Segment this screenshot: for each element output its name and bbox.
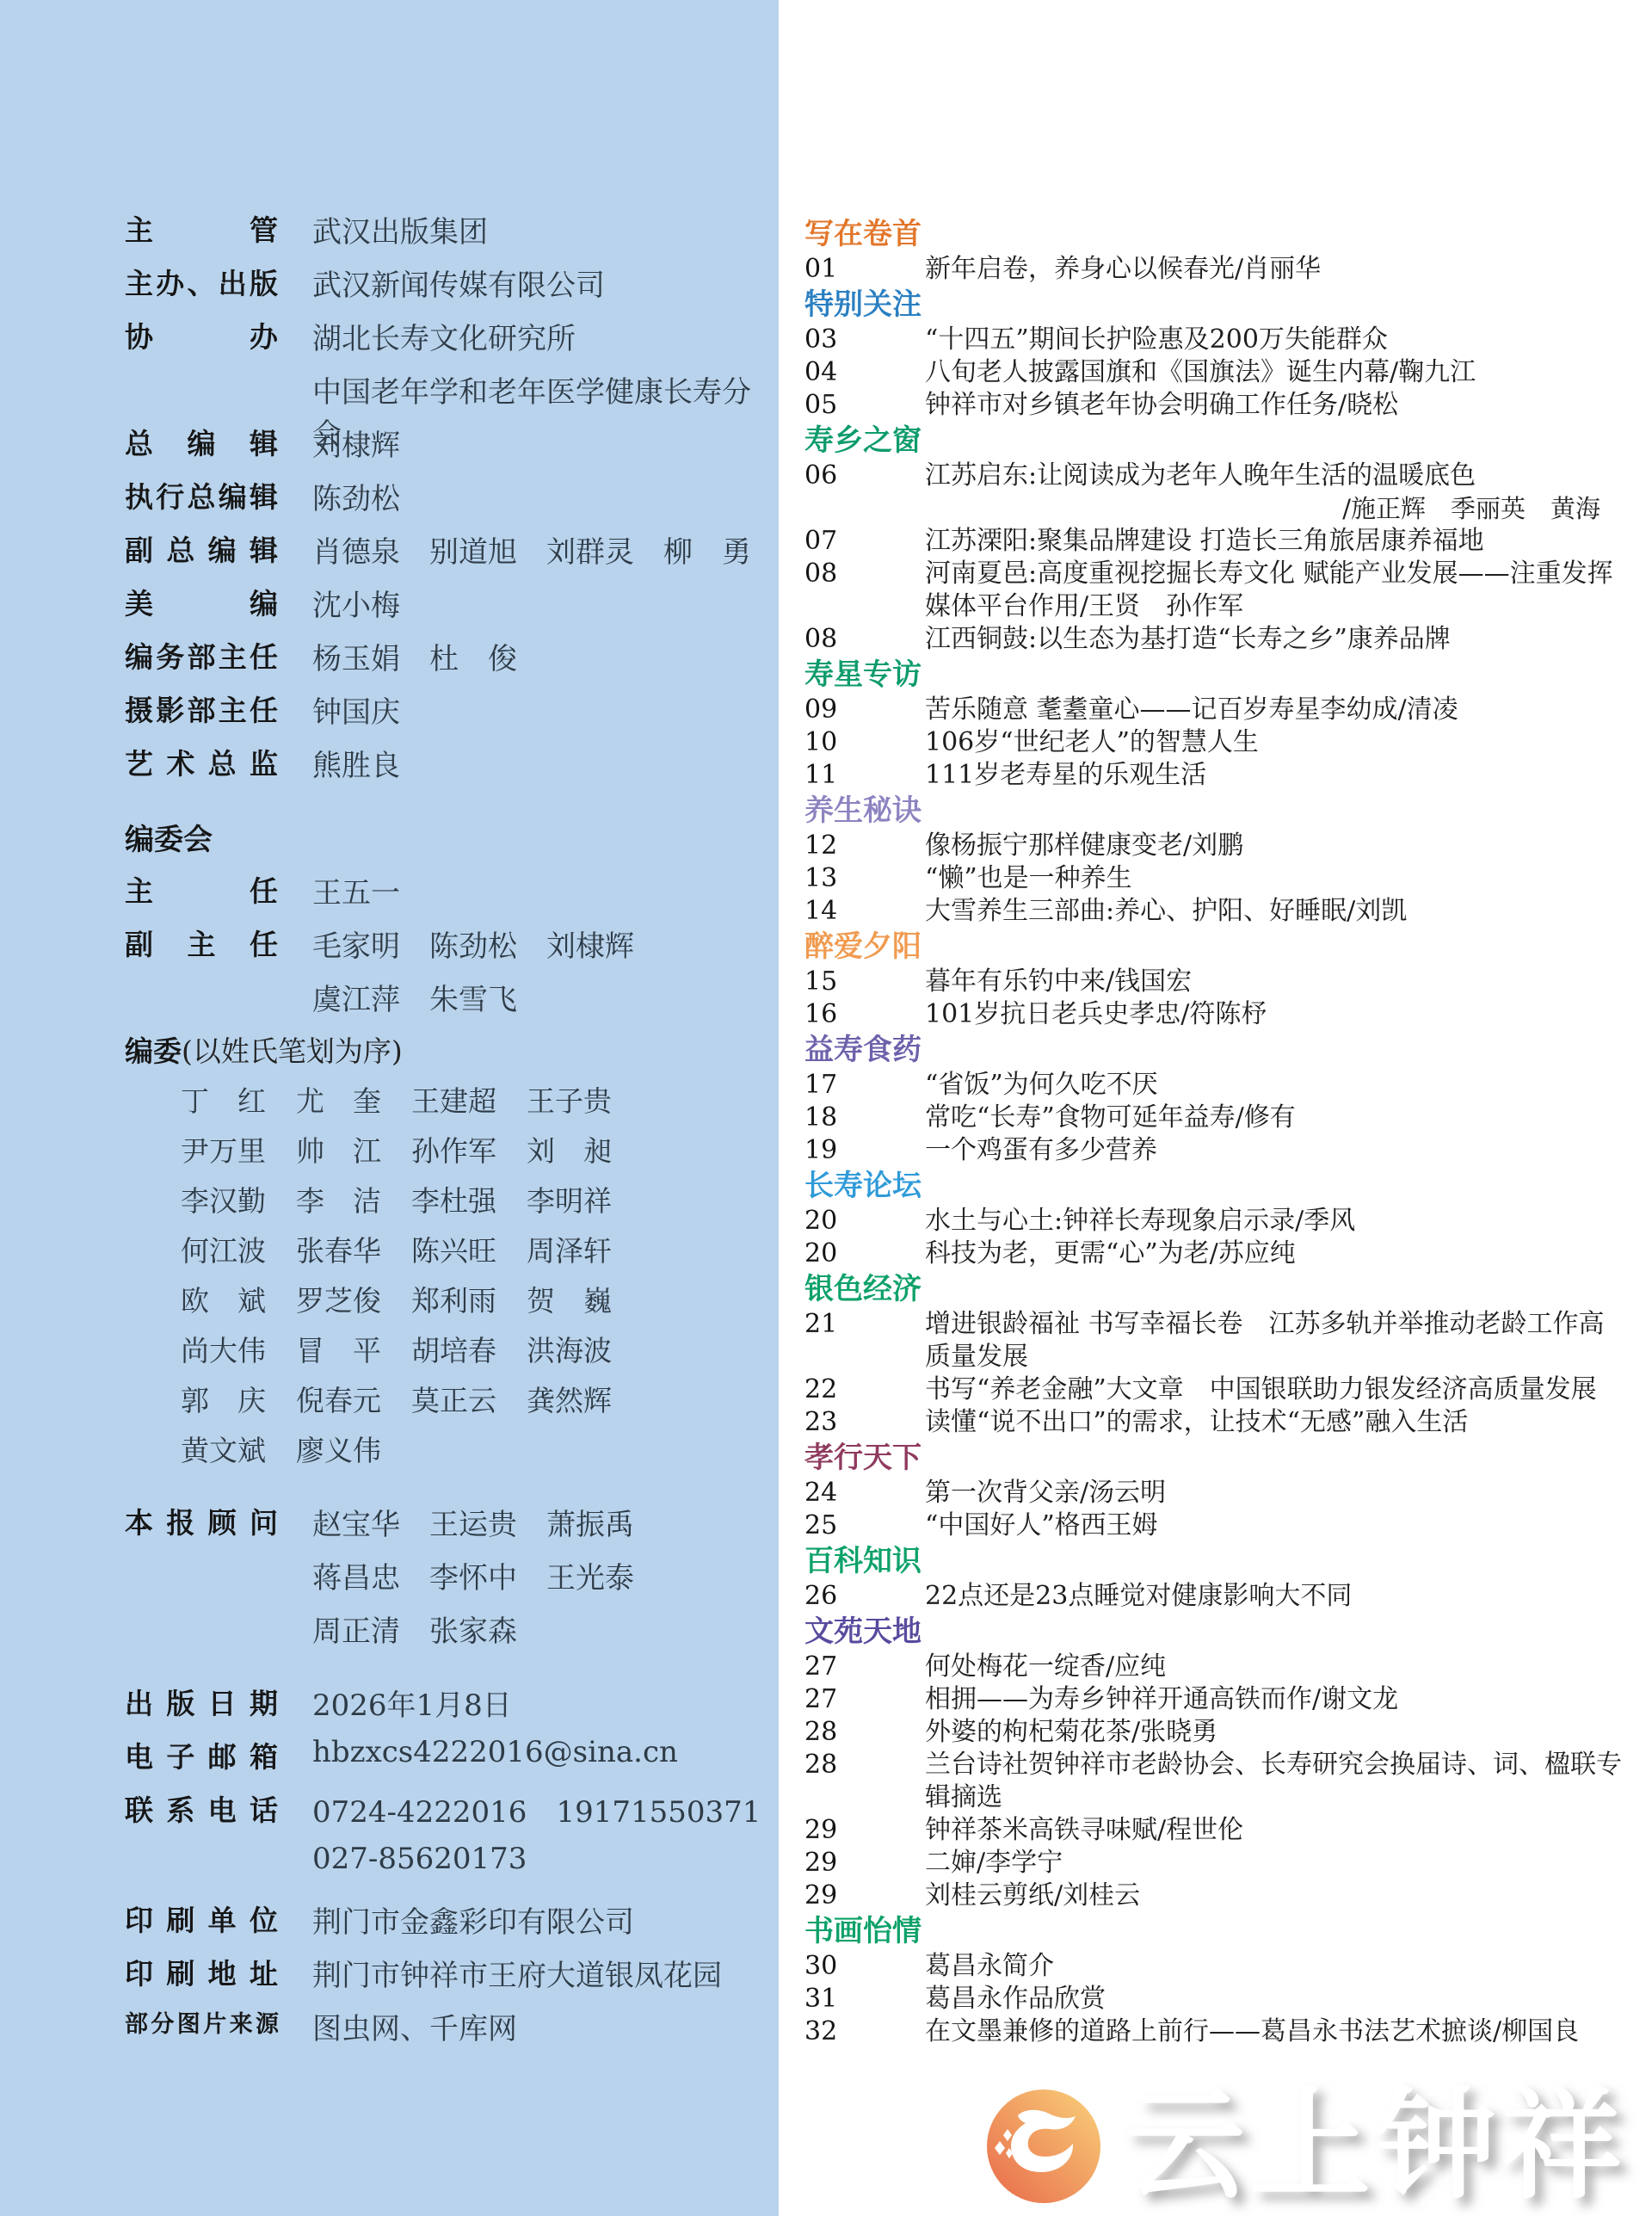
masthead-value: 杨玉娟 杜 俊 <box>312 635 517 677</box>
masthead-label: 本报顾问 <box>125 1501 278 1541</box>
masthead-label: 执行总编辑 <box>125 475 278 515</box>
toc-item: 19 一个鸡蛋有多少营养 <box>804 1134 1622 1167</box>
toc-item: 09 苦乐随意 耄耋童心——记百岁寿星李幼成/清凌 <box>804 694 1622 726</box>
toc-item: 08 江西铜鼓:以生态为基打造“长寿之乡”康养品牌 <box>804 623 1622 656</box>
committee-member: 刘 昶 <box>527 1129 619 1164</box>
toc-item-number: 29 <box>804 1814 925 1847</box>
toc-item-title: 八旬老人披露国旗和《国旗法》诞生内幕/鞠九江 <box>925 356 1622 389</box>
toc-item-title: 苦乐随意 耄耋童心——记百岁寿星李幼成/清凌 <box>925 694 1622 726</box>
toc-section-header: 寿星专访 <box>804 656 1622 694</box>
toc-item-title: 江苏启东:让阅读成为老年人晚年生活的温暖底色 <box>925 460 1622 492</box>
masthead-value: 武汉新闻传媒有限公司 <box>312 262 605 304</box>
toc-item-title: 二婶/李学宁 <box>925 1847 1622 1880</box>
committee-member: 尹万里 <box>181 1129 274 1164</box>
toc-item-number: 25 <box>804 1509 925 1542</box>
toc-item-title: 106岁“世纪老人”的智慧人生 <box>925 726 1622 759</box>
toc-item: 23 读懂“说不出口”的需求，让技术“无感”融入生活 <box>804 1406 1622 1439</box>
toc-item-title: 第一次背父亲/汤云明 <box>925 1477 1622 1509</box>
toc-item-number: 12 <box>804 830 925 862</box>
toc-item-number: 21 <box>804 1308 925 1373</box>
masthead-row: 出版日期 2026年1月8日 <box>125 1682 779 1718</box>
toc-item: 07 江苏溧阳:聚集品牌建设 打造长三角旅居康养福地 <box>804 525 1622 558</box>
masthead-label: 副总编辑 <box>125 528 278 569</box>
committee-note-rest: (以姓氏笔划为序) <box>182 1034 403 1068</box>
masthead-value: 钟国庆 <box>312 688 400 731</box>
toc-item-title: 22点还是23点睡觉对健康影响大不同 <box>925 1580 1622 1613</box>
masthead-value: 毛家明 陈劲松 刘棣辉 <box>312 923 634 965</box>
masthead-row: 主管 武汉出版集团 <box>125 208 779 244</box>
toc-item-title: 新年启卷，养身心以候春光/肖丽华 <box>925 253 1622 286</box>
masthead-value: 湖北长寿文化研究所 <box>312 315 576 357</box>
masthead-row: 部分图片来源 图虫网、千库网 <box>125 2005 779 2041</box>
masthead-label: 编务部主任 <box>125 635 278 676</box>
toc-item-number: 23 <box>804 1406 925 1439</box>
committee-member: 倪春元 <box>296 1379 389 1413</box>
masthead-row: 摄影部主任 钟国庆 <box>125 688 779 725</box>
toc-item: 03 “十四五”期间长护险惠及200万失能群众 <box>804 324 1622 356</box>
toc-section-header: 孝行天下 <box>804 1439 1622 1477</box>
committee-member: 郭 庆 <box>181 1379 274 1413</box>
toc-item-number: 28 <box>804 1716 925 1749</box>
toc-item-number: 05 <box>804 389 925 422</box>
toc-item-number: 18 <box>804 1102 925 1134</box>
committee-member: 李明祥 <box>527 1179 619 1213</box>
toc-item-title: 增进银龄福祉 书写幸福长卷 江苏多轨并举推动老龄工作高质量发展 <box>925 1308 1622 1373</box>
masthead-label: 印刷地址 <box>125 1952 278 1992</box>
toc-item-title: 像杨振宁那样健康变老/刘鹏 <box>925 830 1622 862</box>
toc-item-title: 水土与心土:钟祥长寿现象启示录/季风 <box>925 1205 1622 1238</box>
toc-item-number: 27 <box>804 1683 925 1716</box>
toc-item: 22 书写“养老金融”大文章 中国银联助力银发经济高质量发展 <box>804 1373 1622 1406</box>
toc-item-title: 葛昌永简介 <box>925 1950 1622 1983</box>
toc-item-title: 科技为老，更需“心”为老/苏应纯 <box>925 1238 1622 1270</box>
masthead-value: 熊胜良 <box>312 742 400 784</box>
masthead-value: 027-85620173 <box>312 1842 527 1876</box>
toc-item: 20 科技为老，更需“心”为老/苏应纯 <box>804 1238 1622 1270</box>
masthead-label: 摄影部主任 <box>125 688 278 729</box>
masthead-value: 荆门市金鑫彩印有限公司 <box>312 1898 634 1941</box>
masthead-label: 总编辑 <box>125 422 278 462</box>
toc-item-title: 刘桂云剪纸/刘桂云 <box>925 1880 1622 1912</box>
toc-item-title: 常吃“长寿”食物可延年益寿/修有 <box>925 1102 1622 1134</box>
committee-member: 廖义伟 <box>296 1429 389 1463</box>
masthead-row: 电子邮箱 hbzxcs4222016@sina.cn <box>125 1735 779 1771</box>
committee-member: 尤 奎 <box>296 1079 389 1114</box>
toc-item-title: “省饭”为何久吃不厌 <box>925 1069 1622 1102</box>
masthead-value: 赵宝华 王运贵 萧振禹 <box>312 1501 634 1543</box>
committee-note-label: 编委 <box>125 1034 182 1068</box>
masthead-label: 协办 <box>125 315 278 355</box>
committee-member: 周泽轩 <box>527 1229 619 1263</box>
toc-section-header: 寿乡之窗 <box>804 422 1622 460</box>
masthead-label: 艺术总监 <box>125 742 278 782</box>
committee-member: 欧 斌 <box>181 1279 274 1313</box>
toc-item-number: 16 <box>804 998 925 1031</box>
toc-item-title: “懒”也是一种养生 <box>925 862 1622 895</box>
toc-item: 28 外婆的枸杞菊花茶/张晓勇 <box>804 1716 1622 1749</box>
masthead-value: 沈小梅 <box>312 582 400 624</box>
toc-item-number: 19 <box>804 1134 925 1167</box>
toc-item: 04 八旬老人披露国旗和《国旗法》诞生内幕/鞠九江 <box>804 356 1622 389</box>
committee-member: 陈兴旺 <box>411 1229 504 1263</box>
masthead-label: 副主任 <box>125 923 278 963</box>
toc-item-title: 钟祥茶米高铁寻味赋/程世伦 <box>925 1814 1622 1847</box>
masthead-label: 主管 <box>125 208 278 249</box>
committee-member: 郑利雨 <box>411 1279 504 1313</box>
toc-item-title: 外婆的枸杞菊花茶/张晓勇 <box>925 1716 1622 1749</box>
toc-item: 26 22点还是23点睡觉对健康影响大不同 <box>804 1580 1622 1613</box>
masthead-row: 周正清 张家森 <box>125 1608 779 1644</box>
masthead-row: 印刷单位 荆门市金鑫彩印有限公司 <box>125 1898 779 1935</box>
masthead-label: 部分图片来源 <box>125 2005 278 2039</box>
toc-item-number: 06 <box>804 460 925 492</box>
toc-item: 17 “省饭”为何久吃不厌 <box>804 1069 1622 1102</box>
toc-item: 10 106岁“世纪老人”的智慧人生 <box>804 726 1622 759</box>
toc-item: 15 暮年有乐钓中来/钱国宏 <box>804 966 1622 998</box>
toc-item-number: 14 <box>804 895 925 928</box>
toc-item: 25 “中国好人”格西王姆 <box>804 1509 1622 1542</box>
toc: 写在卷首 01 新年启卷，养身心以候春光/肖丽华 特别关注 03 “十四五”期间… <box>779 0 1652 2216</box>
committee-member <box>411 1429 504 1463</box>
toc-item-number: 20 <box>804 1205 925 1238</box>
toc-item-number: 17 <box>804 1069 925 1102</box>
masthead-label: 主办、出版 <box>125 262 278 302</box>
committee-member: 李 洁 <box>296 1179 389 1213</box>
toc-item-number: 01 <box>804 253 925 286</box>
toc-item-title: 葛昌永作品欣赏 <box>925 1983 1622 2015</box>
toc-item: 21 增进银龄福祉 书写幸福长卷 江苏多轨并举推动老龄工作高质量发展 <box>804 1308 1622 1373</box>
masthead-label: 电子邮箱 <box>125 1735 278 1775</box>
toc-section-header: 银色经济 <box>804 1270 1622 1308</box>
toc-item: 29 刘桂云剪纸/刘桂云 <box>804 1880 1622 1912</box>
committee-member: 莫正云 <box>411 1379 504 1413</box>
toc-item-title: 在文墨兼修的道路上前行——葛昌永书法艺术摭谈/柳国良 <box>925 2015 1622 2048</box>
masthead-value: 0724-4222016 19171550371 <box>312 1788 761 1830</box>
committee-name-row: 何江波 张春华 陈兴旺 周泽轩 <box>181 1229 779 1263</box>
toc-item: 14 大雪养生三部曲:养心、护阳、好睡眠/刘凯 <box>804 895 1622 928</box>
toc-item: 16 101岁抗日老兵史孝忠/符陈杼 <box>804 998 1622 1031</box>
toc-section-header: 养生秘诀 <box>804 792 1622 830</box>
toc-item-title: 江苏溧阳:聚集品牌建设 打造长三角旅居康养福地 <box>925 525 1622 558</box>
toc-item: 27 何处梅花一绽香/应纯 <box>804 1651 1622 1683</box>
masthead-row: 蒋昌忠 李怀中 王光泰 <box>125 1554 779 1590</box>
masthead-row: 艺术总监 熊胜良 <box>125 742 779 778</box>
masthead-row: 副总编辑 肖德泉 别道旭 刘群灵 柳 勇 <box>125 528 779 565</box>
toc-item-title: 相拥——为寿乡钟祥开通高铁而作/谢文龙 <box>925 1683 1622 1716</box>
masthead-row: 本报顾问 赵宝华 王运贵 萧振禹 <box>125 1501 779 1537</box>
toc-item-title: “十四五”期间长护险惠及200万失能群众 <box>925 324 1622 356</box>
toc-item: 31 葛昌永作品欣赏 <box>804 1983 1622 2015</box>
committee-member: 王子贵 <box>527 1079 619 1114</box>
committee-member: 龚然辉 <box>527 1379 619 1413</box>
masthead-label: 联系电话 <box>125 1788 278 1829</box>
toc-item-number: 26 <box>804 1580 925 1613</box>
committee-name-row: 欧 斌 罗芝俊 郑利雨 贺 巍 <box>181 1279 779 1313</box>
masthead-value: 肖德泉 别道旭 刘群灵 柳 勇 <box>312 528 751 571</box>
toc-item-number: 08 <box>804 558 925 623</box>
masthead-row: 联系电话 0724-4222016 19171550371 <box>125 1788 779 1824</box>
toc-item: 12 像杨振宁那样健康变老/刘鹏 <box>804 830 1622 862</box>
masthead-value: 王五一 <box>312 869 400 911</box>
toc-item-number: 03 <box>804 324 925 356</box>
masthead-label: 美编 <box>125 582 278 622</box>
committee-member: 贺 巍 <box>527 1279 619 1313</box>
toc-section-header: 醉爱夕阳 <box>804 928 1622 966</box>
masthead-row: 主办、出版 武汉新闻传媒有限公司 <box>125 262 779 298</box>
committee-name-row: 郭 庆 倪春元 莫正云 龚然辉 <box>181 1379 779 1413</box>
toc-item-number: 30 <box>804 1950 925 1983</box>
masthead-label: 出版日期 <box>125 1682 278 1722</box>
masthead-row: 主任 王五一 <box>125 869 779 905</box>
toc-item: 24 第一次背父亲/汤云明 <box>804 1477 1622 1509</box>
toc-item-number: 20 <box>804 1238 925 1270</box>
masthead-row: 执行总编辑 陈劲松 <box>125 475 779 511</box>
masthead-label: 印刷单位 <box>125 1898 278 1939</box>
toc-item-title: 江西铜鼓:以生态为基打造“长寿之乡”康养品牌 <box>925 623 1622 656</box>
masthead-value: 武汉出版集团 <box>312 208 488 250</box>
toc-item-title: “中国好人”格西王姆 <box>925 1509 1622 1542</box>
toc-item-number: 28 <box>804 1749 925 1814</box>
toc-item-title: 河南夏邑:高度重视挖掘长寿文化 赋能产业发展——注重发挥媒体平台作用/王贤 孙作… <box>925 558 1622 623</box>
masthead-value: hbzxcs4222016@sina.cn <box>312 1735 678 1769</box>
masthead-value: 虞江萍 朱雪飞 <box>312 976 517 1018</box>
masthead-value: 荆门市钟祥市王府大道银凤花园 <box>312 1952 722 1994</box>
toc-item-number: 10 <box>804 726 925 759</box>
toc-section-header: 书画怡情 <box>804 1912 1622 1950</box>
toc-item-number: 24 <box>804 1477 925 1509</box>
toc-item-number: 27 <box>804 1651 925 1683</box>
committee-member: 李汉勤 <box>181 1179 274 1213</box>
toc-item-number: 31 <box>804 1983 925 2015</box>
toc-item-title: 大雪养生三部曲:养心、护阳、好睡眠/刘凯 <box>925 895 1622 928</box>
toc-item-title: 书写“养老金融”大文章 中国银联助力银发经济高质量发展 <box>925 1373 1622 1406</box>
masthead-row: 中国老年学和老年医学健康长寿分会 <box>125 368 779 404</box>
toc-item: 32 在文墨兼修的道路上前行——葛昌永书法艺术摭谈/柳国良 <box>804 2015 1622 2048</box>
toc-item-number: 32 <box>804 2015 925 2048</box>
masthead-value: 图虫网、千库网 <box>312 2005 517 2047</box>
toc-item-title: 101岁抗日老兵史孝忠/符陈杼 <box>925 998 1622 1031</box>
toc-item-number: 13 <box>804 862 925 895</box>
masthead-row: 协办 湖北长寿文化研究所 <box>125 315 779 351</box>
committee-member: 黄文斌 <box>181 1429 274 1463</box>
toc-item: 01 新年启卷，养身心以候春光/肖丽华 <box>804 253 1622 286</box>
toc-section-header: 写在卷首 <box>804 215 1622 253</box>
masthead-row: 027-85620173 <box>125 1842 779 1878</box>
committee-name-row: 尚大伟 冒 平 胡培春 洪海波 <box>181 1329 779 1363</box>
toc-item: 18 常吃“长寿”食物可延年益寿/修有 <box>804 1102 1622 1134</box>
committee-member: 张春华 <box>296 1229 389 1263</box>
toc-item-number: 22 <box>804 1373 925 1406</box>
toc-item-number: 09 <box>804 694 925 726</box>
committee-member: 冒 平 <box>296 1329 389 1363</box>
toc-item: 08 河南夏邑:高度重视挖掘长寿文化 赋能产业发展——注重发挥媒体平台作用/王贤… <box>804 558 1622 623</box>
masthead-value: 刘棣辉 <box>312 422 400 464</box>
toc-section-header: 益寿食药 <box>804 1031 1622 1069</box>
toc-item-number: 29 <box>804 1880 925 1912</box>
committee-member: 帅 江 <box>296 1129 389 1164</box>
toc-item-number: 08 <box>804 623 925 656</box>
toc-section-header: 百科知识 <box>804 1542 1622 1580</box>
committee-member: 李杜强 <box>411 1179 504 1213</box>
toc-item: 06 江苏启东:让阅读成为老年人晚年生活的温暖底色 <box>804 460 1622 492</box>
toc-item-title: 读懂“说不出口”的需求，让技术“无感”融入生活 <box>925 1406 1622 1439</box>
toc-item-number: 29 <box>804 1847 925 1880</box>
committee-name-row: 尹万里 帅 江 孙作军 刘 昶 <box>181 1129 779 1164</box>
masthead-label: 主任 <box>125 869 278 910</box>
masthead-panel: 主管 武汉出版集团 主办、出版 武汉新闻传媒有限公司 协办 湖北长寿文化研究所 … <box>0 0 779 2216</box>
toc-item-title: 何处梅花一绽香/应纯 <box>925 1651 1622 1683</box>
committee-member: 罗芝俊 <box>296 1279 389 1313</box>
toc-section-header: 文苑天地 <box>804 1613 1622 1651</box>
toc-item: 20 水土与心土:钟祥长寿现象启示录/季风 <box>804 1205 1622 1238</box>
toc-item-title: 兰台诗社贺钟祥市老龄协会、长寿研究会换届诗、词、楹联专辑摘选 <box>925 1749 1622 1814</box>
masthead-value: 2026年1月8日 <box>312 1682 512 1724</box>
toc-item-title: 一个鸡蛋有多少营养 <box>925 1134 1622 1167</box>
masthead-row: 副主任 毛家明 陈劲松 刘棣辉 <box>125 923 779 959</box>
committee-name-row: 丁 红 尤 奎 王建超 王子贵 <box>181 1079 779 1114</box>
toc-item: 13 “懒”也是一种养生 <box>804 862 1622 895</box>
committee-member: 孙作军 <box>411 1129 504 1164</box>
masthead-value: 蒋昌忠 李怀中 王光泰 <box>312 1554 634 1596</box>
masthead-row: 印刷地址 荆门市钟祥市王府大道银凤花园 <box>125 1952 779 1988</box>
toc-item: 29 二婶/李学宁 <box>804 1847 1622 1880</box>
toc-item: 27 相拥——为寿乡钟祥开通高铁而作/谢文龙 <box>804 1683 1622 1716</box>
toc-item: 29 钟祥茶米高铁寻味赋/程世伦 <box>804 1814 1622 1847</box>
committee-member: 洪海波 <box>527 1329 619 1363</box>
masthead-value: 陈劲松 <box>312 475 400 517</box>
toc-item-number: 11 <box>804 759 925 792</box>
toc-section-header: 长寿论坛 <box>804 1167 1622 1205</box>
toc-author-line: /施正辉 季丽英 黄海 <box>804 492 1622 525</box>
toc-item: 05 钟祥市对乡镇老年协会明确工作任务/晓松 <box>804 389 1622 422</box>
toc-item-title: 111岁老寿星的乐观生活 <box>925 759 1622 792</box>
committee-name-row: 李汉勤 李 洁 李杜强 李明祥 <box>181 1179 779 1213</box>
committee-member: 尚大伟 <box>181 1329 274 1363</box>
toc-item-number: 07 <box>804 525 925 558</box>
committee-name-row: 黄文斌 廖义伟 <box>181 1429 779 1463</box>
toc-item: 30 葛昌永简介 <box>804 1950 1622 1983</box>
masthead-row: 美编 沈小梅 <box>125 582 779 618</box>
toc-section-header: 特别关注 <box>804 286 1622 324</box>
committee-member <box>527 1429 619 1463</box>
toc-item-title: 钟祥市对乡镇老年协会明确工作任务/晓松 <box>925 389 1622 422</box>
committee-note: 编委(以姓氏笔划为序) <box>125 1029 779 1064</box>
committee-member: 丁 红 <box>181 1079 274 1114</box>
toc-item: 11 111岁老寿星的乐观生活 <box>804 759 1622 792</box>
committee-member: 王建超 <box>411 1079 504 1114</box>
toc-item-number: 15 <box>804 966 925 998</box>
committee-heading: 编委会 <box>125 816 779 852</box>
toc-item-title: 暮年有乐钓中来/钱国宏 <box>925 966 1622 998</box>
masthead-row: 编务部主任 杨玉娟 杜 俊 <box>125 635 779 671</box>
masthead-row: 虞江萍 朱雪飞 <box>125 976 779 1012</box>
committee-member: 胡培春 <box>411 1329 504 1363</box>
masthead-value: 周正清 张家森 <box>312 1608 517 1650</box>
committee-member: 何江波 <box>181 1229 274 1263</box>
toc-item: 28 兰台诗社贺钟祥市老龄协会、长寿研究会换届诗、词、楹联专辑摘选 <box>804 1749 1622 1814</box>
toc-item-number: 04 <box>804 356 925 389</box>
